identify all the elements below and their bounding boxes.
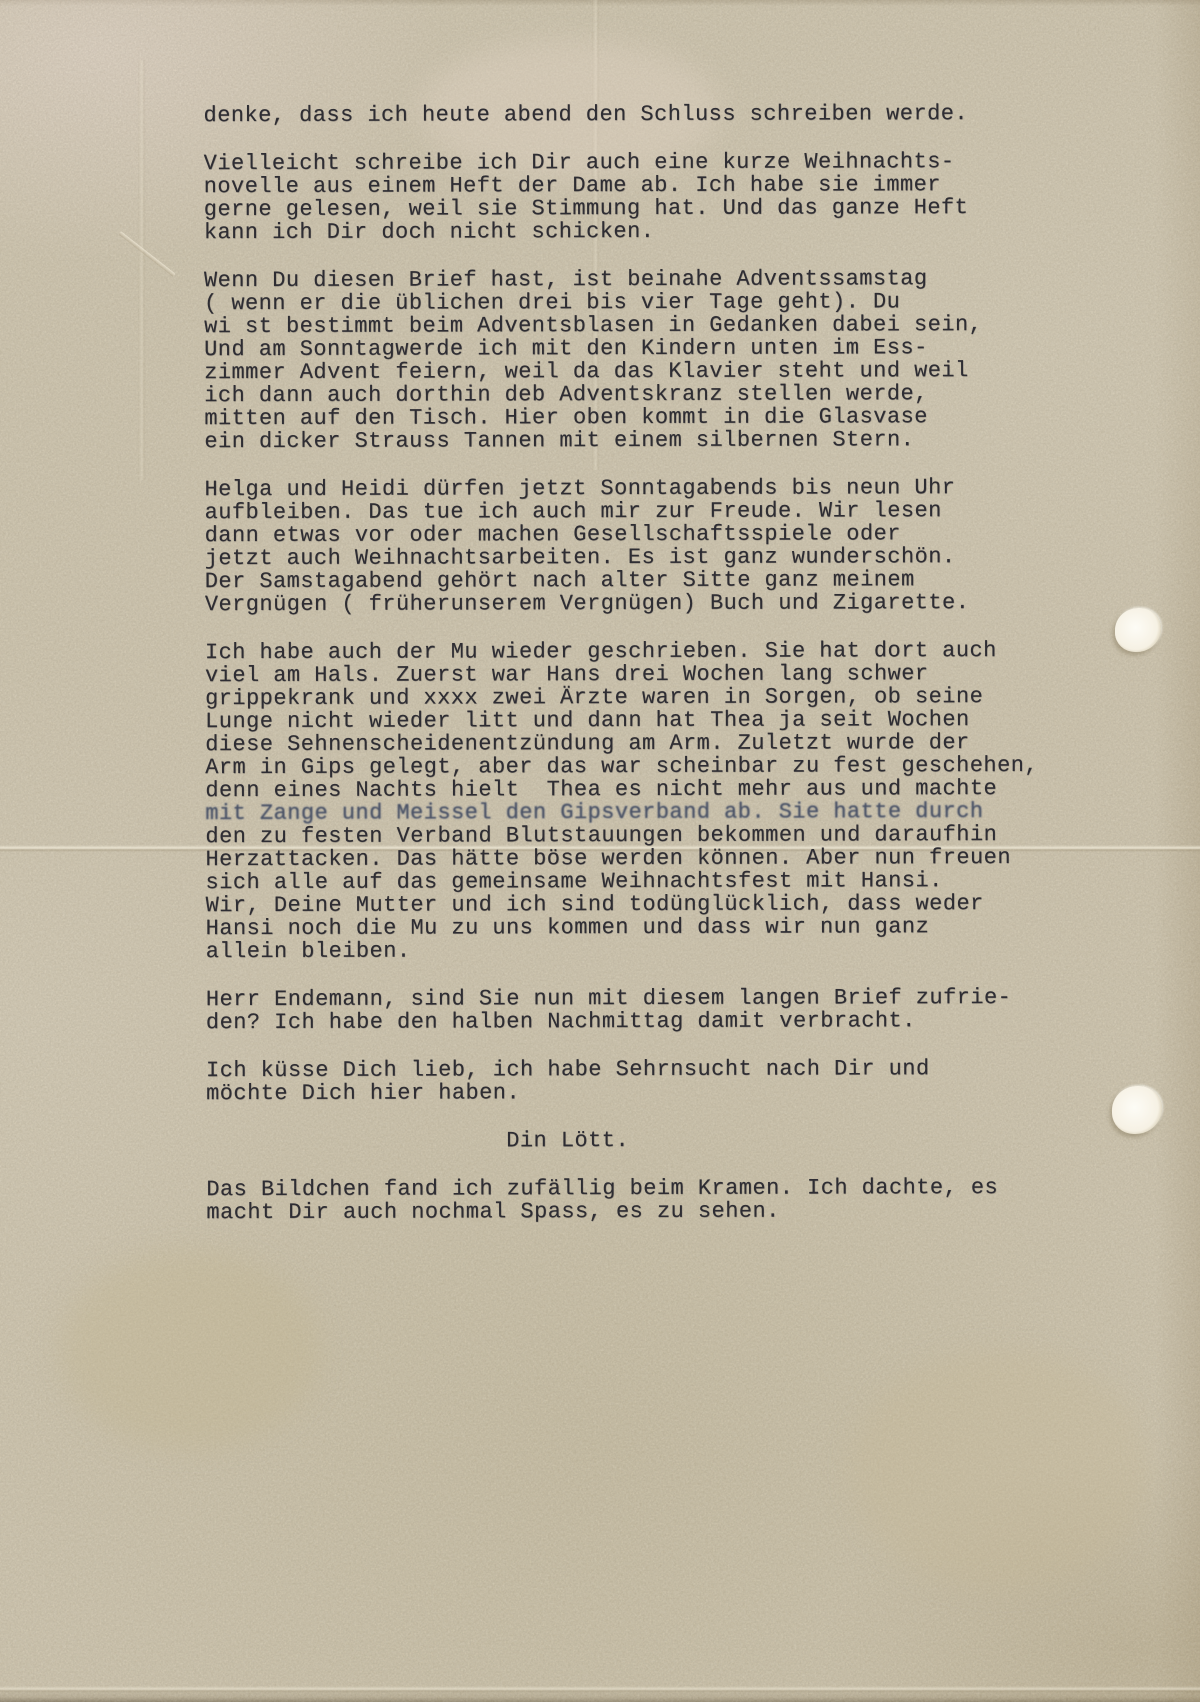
stain — [60, 1250, 320, 1450]
paragraph: den zu festen Verband Blutstauungen beko… — [205, 823, 1065, 963]
punch-hole — [1115, 608, 1161, 652]
paragraph: Vielleicht schreibe ich Dir auch eine ku… — [204, 150, 1064, 244]
paragraph: Ich küsse Dich lieb, ich habe Sehrnsucht… — [206, 1057, 1066, 1105]
punch-hole — [1112, 1086, 1162, 1134]
crease — [0, 1686, 1200, 1693]
smudged-line: mit Zange und Meissel den Gipsverband ab… — [205, 800, 1065, 825]
signature: Din Lött. — [506, 1128, 1066, 1152]
crease — [118, 231, 176, 277]
scanned-letter-page: denke, dass ich heute abend den Schluss … — [0, 0, 1200, 1702]
paragraph: Wenn Du diesen Brief hast, ist beinahe A… — [204, 267, 1064, 453]
paragraph: denke, dass ich heute abend den Schluss … — [204, 102, 1064, 127]
stain — [850, 1350, 1150, 1590]
paragraph: Ich habe auch der Mu wieder geschrieben.… — [205, 639, 1065, 802]
paragraph: Herr Endemann, sind Sie nun mit diesem l… — [206, 986, 1066, 1034]
crease — [138, 60, 146, 480]
paragraph: Helga und Heidi dürfen jetzt Sonntagaben… — [204, 476, 1064, 616]
postscript: Das Bildchen fand ich zufällig beim Kram… — [206, 1176, 1066, 1224]
letter-text: denke, dass ich heute abend den Schluss … — [204, 102, 1067, 1249]
